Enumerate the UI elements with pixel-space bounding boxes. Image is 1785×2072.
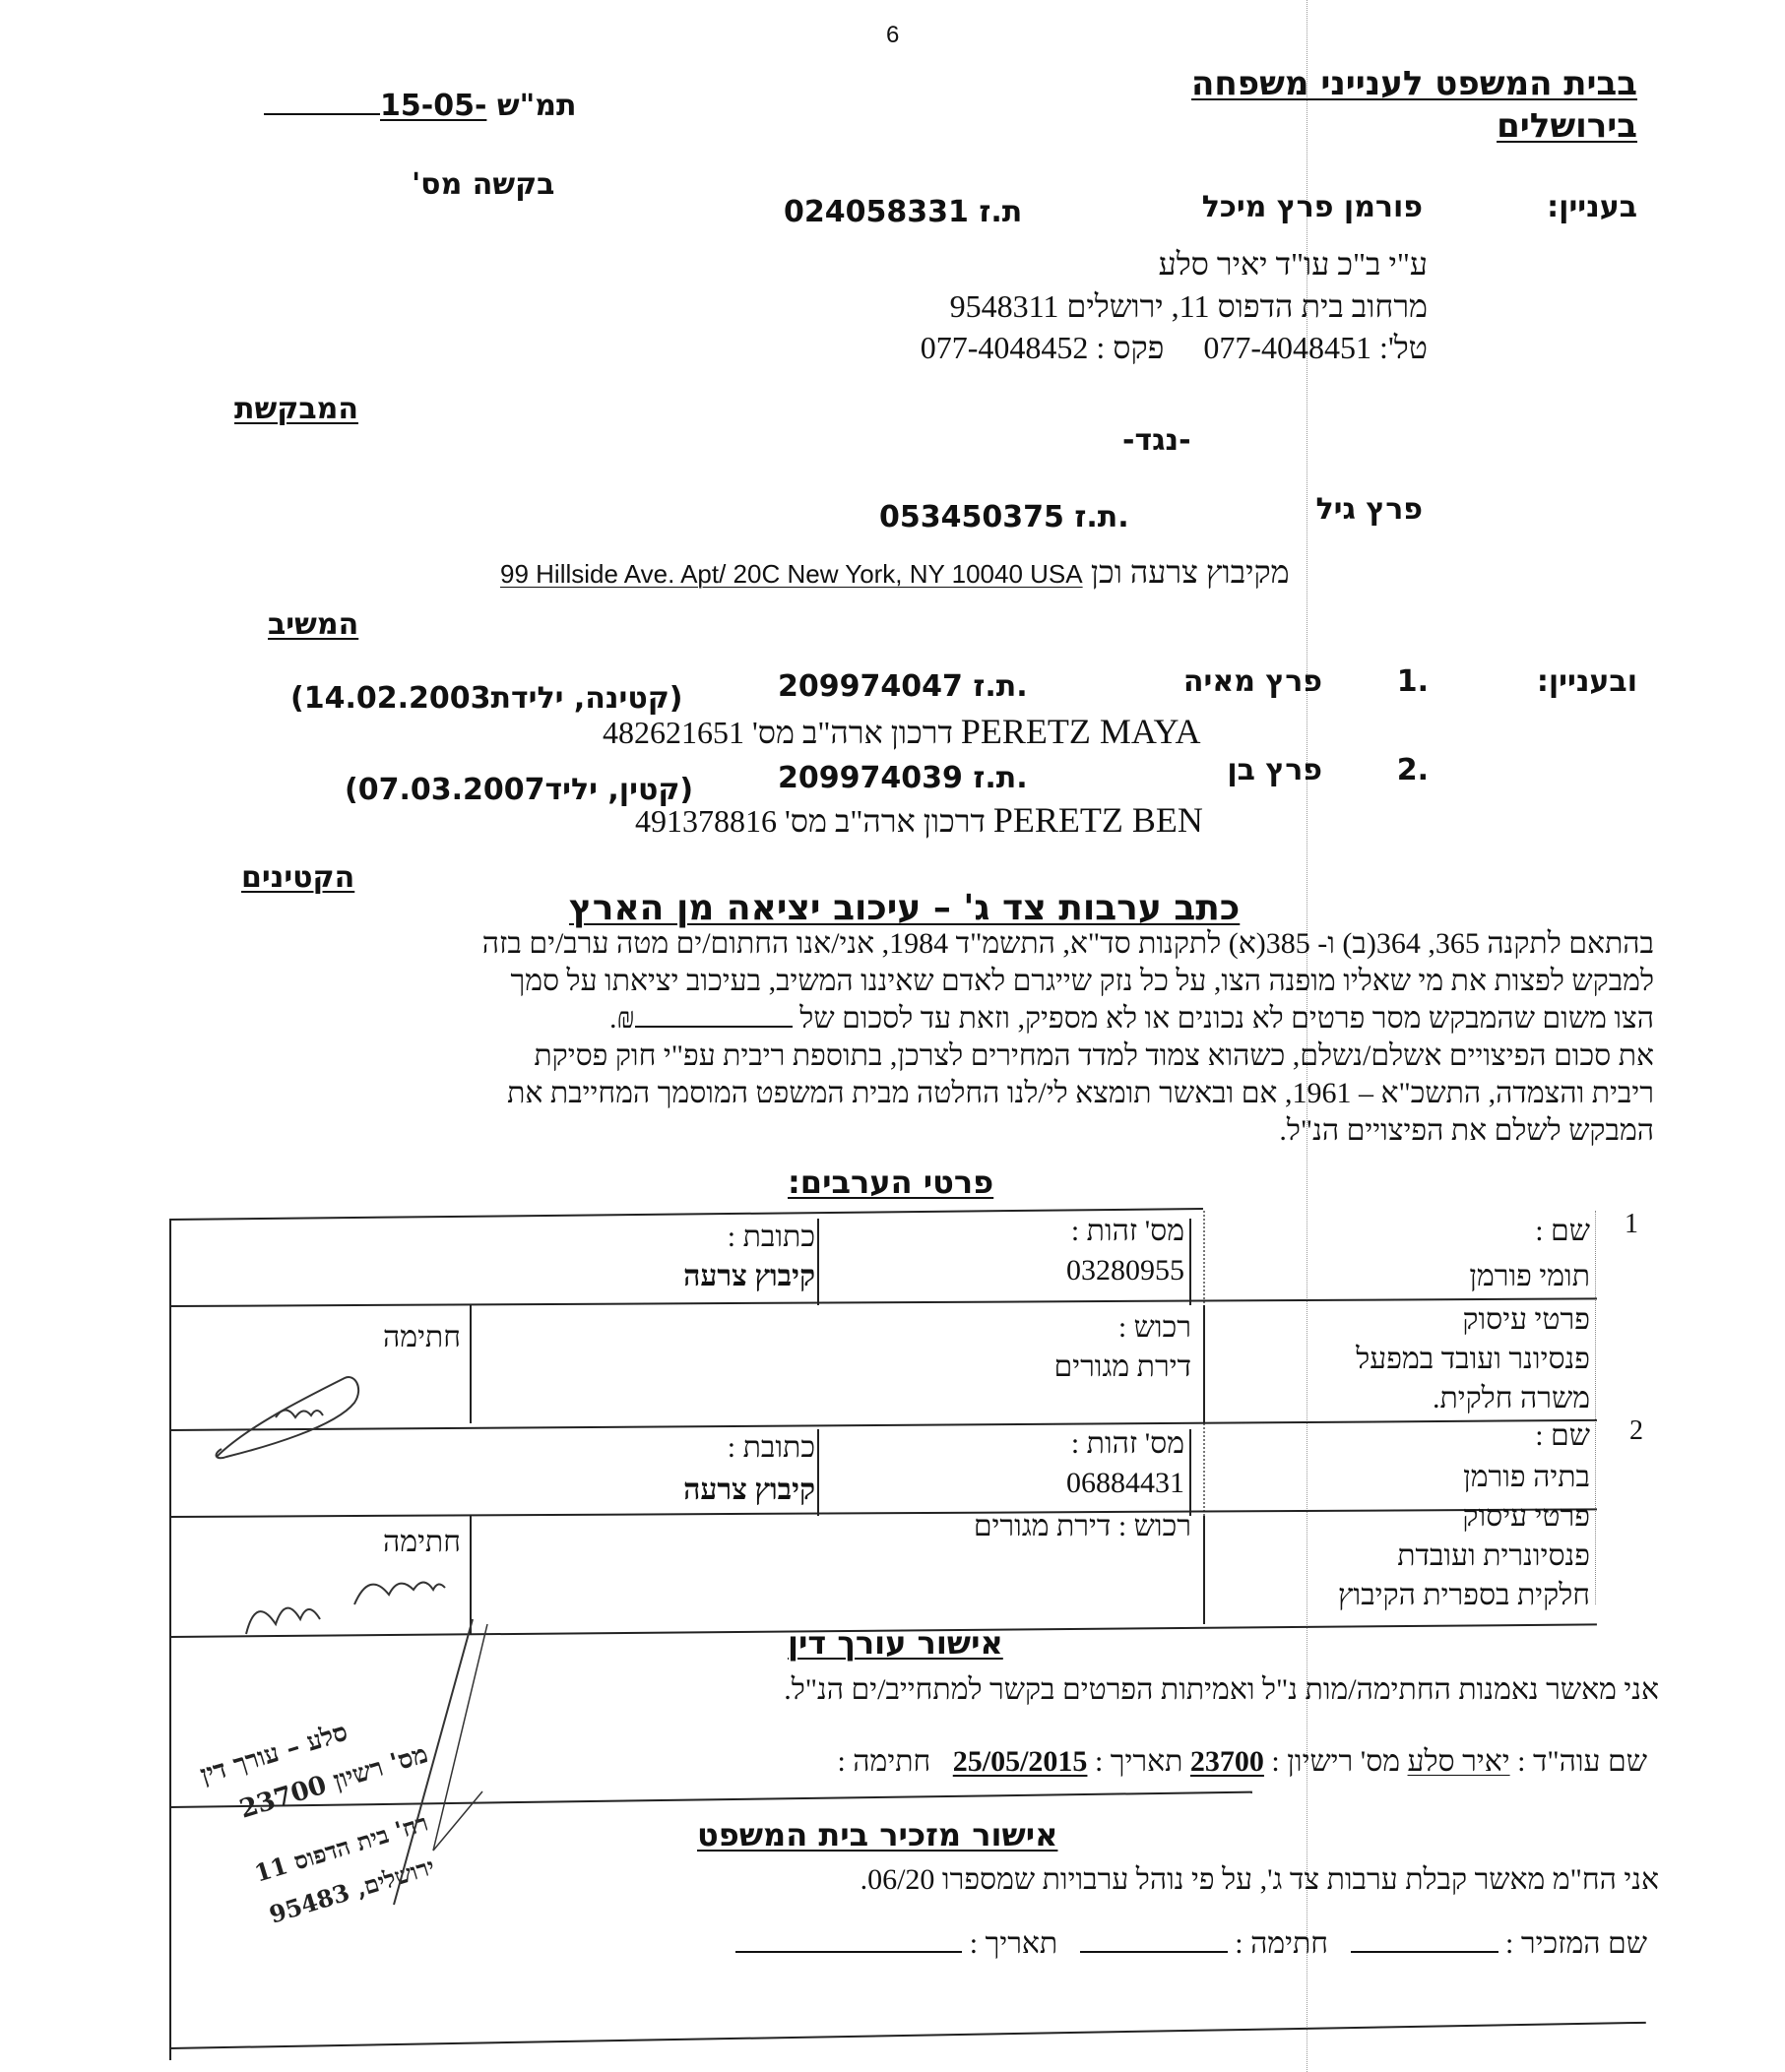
guarantor-2-property-row: רכוש : דירת מגורים [974,1508,1191,1545]
body-line-1: בהתאם לתקנה 365, 364(ב) ו- 385(א) לתקנות… [182,925,1654,963]
guarantor-2-occupation-label: פרטי עיסוק [1462,1498,1590,1536]
guarantor-2-occupation-1: פנסיונרית ועובדת [1397,1538,1590,1575]
lawyer-details-row: שם עוה"ד : יאיר סלע מס' רישיון : 23700 ת… [837,1745,1647,1779]
table-divider [1203,1305,1205,1423]
body-line-3: הצו משום שהמבקש מסר פרטים לא נכונים או ל… [182,1000,1654,1037]
clerk-signature-label: חתימה : [1235,1927,1328,1960]
amount-blank[interactable] [635,1026,793,1028]
guarantor-2-id-label: מס' זהות : [1071,1425,1184,1463]
case-number: 15-05- [380,89,486,123]
guarantor-2-occupation-2: חלקית בספרית הקיבוץ [1338,1577,1590,1614]
minor-1-passport: דרכון ארה"ב מס' 482621651 [603,715,953,750]
lawyer-approval-title: אישור עורך דין [788,1624,1003,1662]
clerk-date-field[interactable] [735,1951,962,1953]
guarantor-2-num: 2 [1629,1415,1643,1447]
minor-2-id-number: 209974039 [778,761,963,795]
guarantor-1-occupation-2: משרה חלקית. [1433,1380,1590,1417]
fax-number: 077-4048452 [921,330,1089,365]
guarantor-2-address: קיבוץ צרעה [683,1472,815,1509]
respondent-role: המשיב [268,607,358,642]
phone-number: 077-4048451 [1203,330,1371,365]
guarantor-2-signature-label: חתימה [383,1524,461,1561]
respondent-address-en: 99 Hillside Ave. Apt/ 20C New York, NY 1… [500,559,1083,589]
phone-label: טל': [1379,330,1428,365]
court-name: בבית המשפט לענייני משפחה [1191,64,1637,103]
guarantor-1-property-label: רכוש : [1118,1309,1191,1347]
lawyer-approval-text: אני מאשר נאמנות החתימה/מות נ"ל ואמיתות ה… [784,1673,1659,1707]
table-divider [817,1429,819,1516]
body-line-6: המבקש לשלם את הפיצויים הנ"ל. [182,1112,1654,1150]
guarantor-1-signature-label: חתימה [383,1319,461,1356]
respondent-id-number: 053450375 [879,500,1064,534]
respondent-id-label: ת.ז. [1074,500,1128,534]
table-divider [470,1305,472,1423]
guarantor-1-name-label: שם : [1535,1213,1590,1250]
guarantor-2-id: 06884431 [1066,1465,1184,1502]
minor-2-name: פרץ בן [1227,753,1322,787]
guarantor-2-property: דירת מגורים [974,1510,1112,1542]
guarantor-2-name-label: שם : [1535,1417,1590,1455]
lawyer-name: יאיר סלע [1408,1745,1510,1778]
guarantor-1-num: 1 [1625,1209,1638,1240]
case-number-row: 15-05- תמ"ש [264,89,576,123]
applicant-id-row: 024058331 ת.ז [784,195,1022,229]
body-line-5: ריבית והצמדה, התשכ"א – 1961, אם ובאשר תו… [182,1075,1654,1112]
table-bottom-border [169,2022,1646,2049]
lawyer-date-label: תאריך : [1095,1745,1182,1778]
guarantor-2-property-label: רכוש : [1118,1510,1191,1542]
lawyer-license-label: מס' רישיון : [1271,1745,1400,1778]
applicant-counsel: ע"י ב"כ עו"ד יאיר סלע [1159,246,1428,283]
minors-role: הקטינים [241,860,354,895]
fax-label: פקס : [1096,330,1164,365]
minor-1-latin-name: PERETZ MAYA [961,712,1201,751]
table-left-border [169,1219,171,2060]
guarantor-1-property: דירת מגורים [1053,1349,1191,1386]
request-number-label: בקשה מס' [412,167,554,202]
applicant-role: המבקשת [234,392,358,426]
minor-1-name: פרץ מאיה [1183,664,1322,699]
lawyer-license: 23700 [1190,1745,1264,1778]
clerk-name-field[interactable] [1351,1951,1498,1953]
minor-2-num: 2. [1397,753,1429,787]
case-type: תמ"ש [497,89,577,123]
table-divider [1189,1429,1191,1516]
guarantor-1-signature [207,1358,404,1467]
lawyer-date: 25/05/2015 [953,1745,1088,1778]
num-column-divider [1595,1211,1596,1604]
lawyer-name-label: שם עוה"ד : [1517,1745,1647,1778]
body-line-2: למבקש לפצות את מי שאליו מופנה הצו, על כל… [182,963,1654,1000]
body-line-3-text: הצו משום שהמבקש מסר פרטים לא נכונים או ל… [799,1002,1654,1035]
minor-1-id-number: 209974047 [778,669,963,704]
clerk-name-label: שם המזכיר : [1505,1927,1647,1960]
minors-re-label: ובעניין: [1537,664,1637,699]
applicant-phone-row: טל': 077-4048451 פקס : 077-4048452 [921,330,1428,366]
respondent-address-row: 99 Hillside Ave. Apt/ 20C New York, NY 1… [500,554,1290,591]
minor-1-id-row: 209974047 ת.ז. [778,669,1028,704]
minor-2-id-row: 209974039 ת.ז. [778,761,1028,795]
guarantor-1-occupation-label: פרטי עיסוק [1462,1301,1590,1339]
respondent-address-he: מקיבוץ צרעה וכן [1091,554,1290,590]
table-top-border [169,1208,1203,1221]
table-divider [1189,1219,1191,1305]
table-divider [817,1219,819,1305]
clerk-fields-row: שם המזכיר : חתימה : תאריך : [735,1927,1647,1961]
body-line-4: את סכום הפיצויים אשלם/נשלם, כשהוא צמוד ל… [182,1037,1654,1075]
table-row-border [169,1508,1597,1518]
court-city: בירושלים [1497,106,1637,146]
lawyer-signature-label: חתימה : [837,1745,930,1778]
respondent-name: פרץ גיל [1316,492,1423,527]
applicant-re-label: בעניין: [1547,190,1637,224]
applicant-name: פורמן פרץ מיכל [1202,190,1423,224]
guarantor-1-id: 03280955 [1066,1252,1184,1289]
guarantor-1-name: תומי פורמן [1469,1258,1590,1295]
applicant-id-number: 024058331 [784,195,969,229]
guarantor-1-id-label: מס' זהות : [1071,1213,1184,1250]
minor-2-id-label: ת.ז. [973,761,1027,795]
page-number: 6 [886,22,899,49]
respondent-id-row: 053450375 ת.ז. [879,500,1129,534]
minor-1-num: 1. [1397,664,1429,699]
minor-2-passport: דרכון ארה"ב מס' 491378816 [635,803,986,839]
clerk-date-label: תאריך : [970,1927,1057,1960]
table-row-border [169,1297,1597,1307]
guarantors-title: פרטי הערבים: [788,1163,993,1201]
minor-2-latin-name: PERETZ BEN [993,800,1203,840]
case-number-blank[interactable] [264,113,380,115]
document-title: כתב ערבות צד ג' – עיכוב יציאה מן הארץ [569,888,1240,928]
minor-1-id-label: ת.ז. [973,669,1027,704]
guarantor-1-address-label: כתובת : [728,1219,815,1256]
guarantee-body: בהתאם לתקנה 365, 364(ב) ו- 385(א) לתקנות… [182,925,1654,1150]
clerk-signature-field[interactable] [1080,1951,1228,1953]
guarantor-1-address: קיבוץ צרעה [683,1258,815,1295]
guarantor-2-address-label: כתובת : [728,1429,815,1467]
minor-1-passport-row: דרכון ארה"ב מס' 482621651 PERETZ MAYA [603,711,1201,752]
guarantor-1-occupation-1: פנסיונר ועובד במפעל [1356,1341,1590,1378]
currency-symbol: ₪. [609,1002,635,1035]
applicant-id-label: ת.ז [979,195,1022,229]
versus-label: -נגד- [1122,423,1191,458]
table-divider [1203,1516,1205,1624]
minor-2-passport-row: דרכון ארה"ב מס' 491378816 PERETZ BEN [635,799,1203,841]
guarantor-2-name: בתיה פורמן [1463,1459,1590,1496]
lawyer-signature [374,1614,492,1910]
applicant-address: מרחוב בית הדפוס 11, ירושלים 9548311 [950,288,1428,325]
clerk-approval-text: אני הח"מ מאשר קבלת ערבות צד ג', על פי נו… [861,1863,1659,1897]
clerk-approval-title: אישור מזכיר בית המשפט [697,1816,1057,1853]
